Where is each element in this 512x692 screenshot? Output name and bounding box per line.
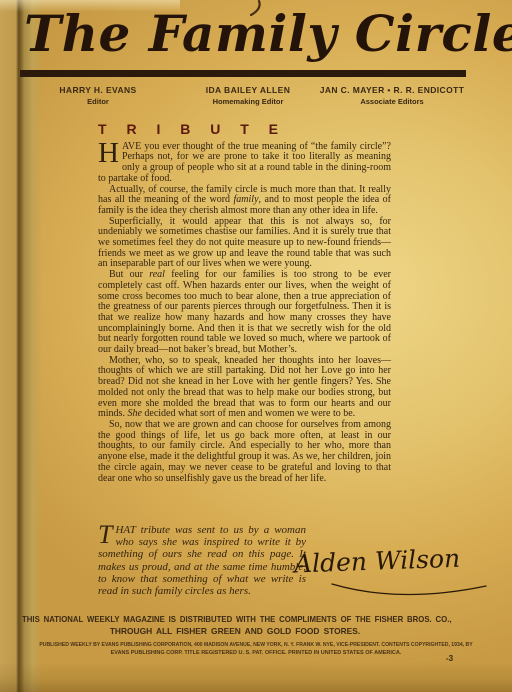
editor-role: Editor <box>38 97 158 106</box>
magazine-page: The Family Circle HARRY H. EVANS Editor … <box>0 0 512 692</box>
editor-role: Associate Editors <box>312 97 472 106</box>
banner-line: THIS NATIONAL WEEKLY MAGAZINE IS DISTRIB… <box>22 614 448 624</box>
editor-name: HARRY H. EVANS <box>38 85 158 95</box>
page-bottom-shadow <box>0 662 512 692</box>
paragraph-text: decided what sort of men and women we we… <box>142 408 355 419</box>
italic-word: family <box>234 194 259 205</box>
banner-line: THROUGH ALL FISHER GREEN AND GOLD FOOD S… <box>6 626 464 636</box>
signature-flourish <box>330 578 490 604</box>
editor-note: THAT tribute was sent to us by a woman w… <box>98 524 306 597</box>
distribution-banner: THIS NATIONAL WEEKLY MAGAZINE IS DISTRIB… <box>6 614 464 636</box>
masthead-rule <box>20 70 466 77</box>
editor-name: JAN C. MAYER • R. R. ENDICOTT <box>312 85 472 95</box>
imprint-line: EVANS PUBLISHING CORP. TITLE REGISTERED … <box>6 650 506 658</box>
drop-cap: H <box>98 142 122 164</box>
imprint-line: PUBLISHED WEEKLY BY EVANS PUBLISHING COR… <box>24 642 489 650</box>
signature: Alden Wilson <box>294 543 495 579</box>
editor-credit: JAN C. MAYER • R. R. ENDICOTT Associate … <box>312 85 472 106</box>
paragraph-text: But our <box>109 269 149 280</box>
paragraph: HAVE you ever thought of the true meanin… <box>98 142 391 185</box>
magazine-title: The Family Circle <box>24 2 488 66</box>
page-number: -3 <box>446 654 453 663</box>
italic-word: She <box>127 408 141 419</box>
note-text: HAT tribute was sent to us by a woman wh… <box>98 524 306 597</box>
publisher-imprint: PUBLISHED WEEKLY BY EVANS PUBLISHING COR… <box>6 642 506 657</box>
editor-credit: IDA BAILEY ALLEN Homemaking Editor <box>183 85 313 106</box>
italic-word: real <box>149 269 165 280</box>
paragraph: But our real feeling for our families is… <box>98 270 391 356</box>
article-title: T R I B U T E <box>98 124 391 135</box>
editor-name: IDA BAILEY ALLEN <box>183 85 313 95</box>
paragraph: So, now that we are grown and can choose… <box>98 420 391 484</box>
paragraph: Actually, of course, the family circle i… <box>98 185 391 217</box>
paragraph: Mother, who, so to speak, kneaded her th… <box>98 356 391 420</box>
editor-role: Homemaking Editor <box>183 97 313 106</box>
editors-row: HARRY H. EVANS Editor IDA BAILEY ALLEN H… <box>0 85 512 115</box>
paragraph-text: AVE you ever thought of the true meaning… <box>98 141 391 184</box>
paragraph-text: feeling for our families is too strong t… <box>98 269 391 355</box>
editor-credit: HARRY H. EVANS Editor <box>38 85 158 106</box>
drop-cap: T <box>98 524 115 546</box>
paragraph: Superficially, it would appear that this… <box>98 217 391 271</box>
article-body: T R I B U T E HAVE you ever thought of t… <box>98 124 391 484</box>
